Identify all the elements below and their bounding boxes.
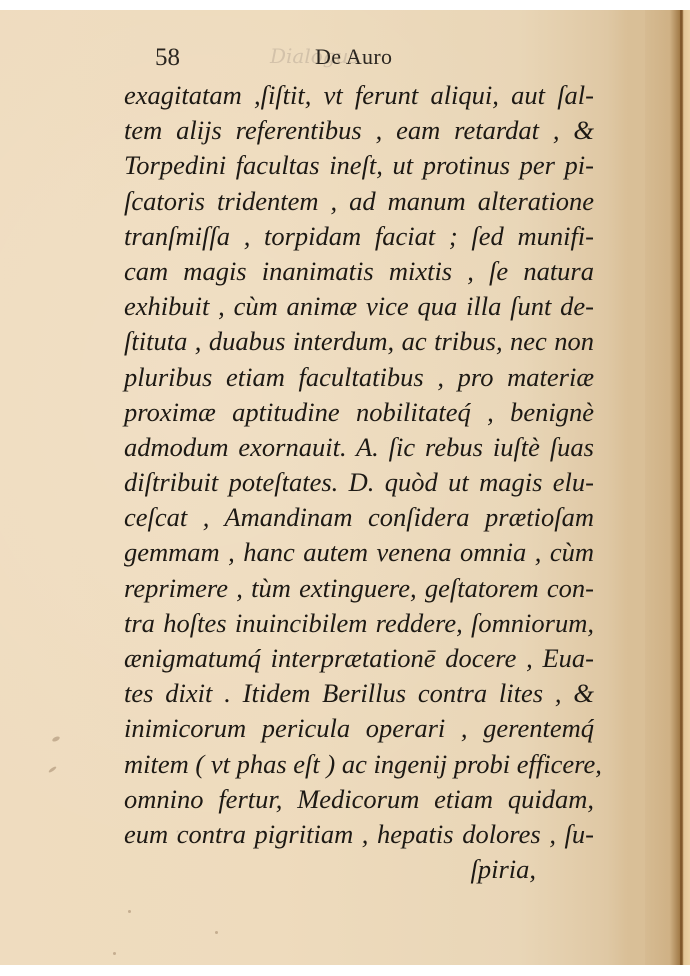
text-line: reprimere , tùm extinguere, geſtatorem c… bbox=[124, 571, 594, 606]
running-head: De Auro bbox=[315, 44, 392, 70]
text-line: ænigmatumq́ interprætationē docere , Eua… bbox=[124, 641, 594, 676]
text-line: ſtituta , duabus interdum, ac tribus, ne… bbox=[124, 324, 594, 359]
page-header: 58 De Auro bbox=[155, 44, 455, 74]
text-line: tranſmiſſa , torpidam faciat ; ſed munif… bbox=[124, 219, 594, 254]
catchword: ſpiria, bbox=[124, 852, 594, 887]
text-line: mitem ( vt phas eſt ) ac ingenij probi e… bbox=[124, 747, 594, 782]
page-edge-line bbox=[680, 10, 682, 965]
text-line: proximæ aptitudine nobilitateq́ , benign… bbox=[124, 395, 594, 430]
text-line: admodum exornauit. A. ſic rebus iuſtè ſu… bbox=[124, 430, 594, 465]
text-line: exagitatam ,ſiſtit, vt ferunt aliqui, au… bbox=[124, 78, 594, 113]
page-number: 58 bbox=[155, 44, 180, 72]
text-line: eum contra pigritiam , hepatis dolores ,… bbox=[124, 817, 594, 852]
text-line: tes dixit . Itidem Berillus contra lites… bbox=[124, 676, 594, 711]
text-line: ſcatoris tridentem , ad manum alteration… bbox=[124, 184, 594, 219]
text-line: diſtribuit poteſtates. D. quòd ut magis … bbox=[124, 465, 594, 500]
text-line: gemmam , hanc autem venena omnia , cùm bbox=[124, 535, 594, 570]
text-line: inimicorum pericula operari , gerentemq́ bbox=[124, 711, 594, 746]
foxing-mark bbox=[113, 952, 116, 955]
text-line: Torpedini facultas ineſt, ut protinus pe… bbox=[124, 148, 594, 183]
text-line: omnino fertur, Medicorum etiam quidam, bbox=[124, 782, 594, 817]
body-text: exagitatam ,ſiſtit, vt ferunt aliqui, au… bbox=[124, 78, 594, 887]
page-fore-edge bbox=[645, 10, 690, 965]
text-line: cam magis inanimatis mixtis , ſe natura bbox=[124, 254, 594, 289]
foxing-mark bbox=[215, 931, 218, 934]
text-line: tem alijs referentibus , eam retardat , … bbox=[124, 113, 594, 148]
text-line: ceſcat , Amandinam conſidera prætioſam bbox=[124, 500, 594, 535]
foxing-mark bbox=[128, 910, 131, 913]
text-line: tra hoſtes inuincibilem reddere, ſomnior… bbox=[124, 606, 594, 641]
text-line: pluribus etiam facultatibus , pro materi… bbox=[124, 360, 594, 395]
text-line: exhibuit , cùm animæ vice qua illa ſunt … bbox=[124, 289, 594, 324]
